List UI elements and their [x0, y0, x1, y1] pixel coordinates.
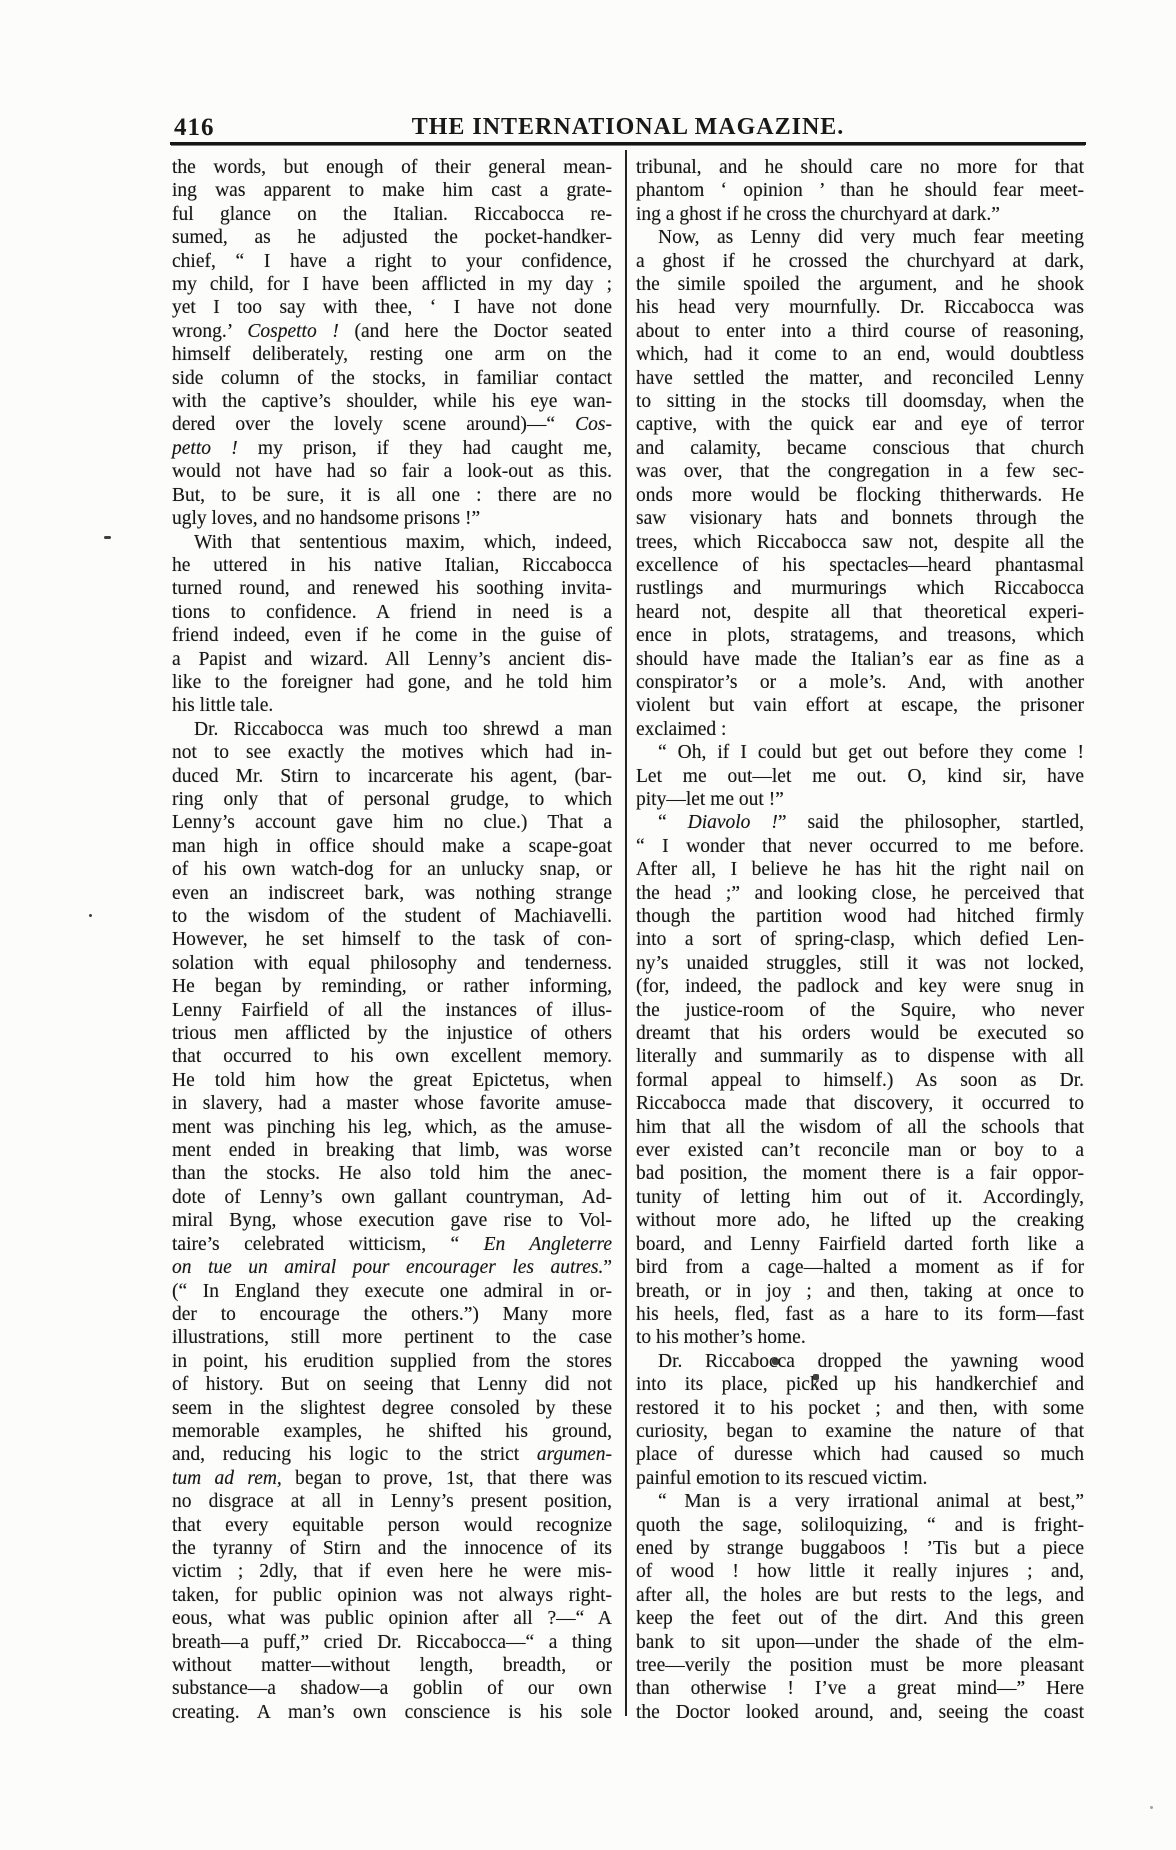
text-line: Dr. Riccabocca dropped the yawning wood	[636, 1350, 1084, 1373]
text-line: without matter—without length, breadth, …	[172, 1654, 612, 1677]
text-line: victim ; 2dly, that if even here he were…	[172, 1560, 612, 1583]
text-line: rustlings and murmurings which Riccabocc…	[636, 577, 1084, 600]
text-line: phantom ‘ opinion ’ than he should fear …	[636, 179, 1084, 202]
running-head: 416 THE INTERNATIONAL MAGAZINE.	[172, 112, 1084, 146]
text-line: duced Mr. Stirn to incarcerate his agent…	[172, 765, 612, 788]
text-line: to his mother’s home.	[636, 1326, 1084, 1349]
column-divider	[625, 150, 627, 1716]
text-line: (“ In England they execute one admiral i…	[172, 1280, 612, 1303]
text-line: in point, his erudition supplied from th…	[172, 1350, 612, 1373]
text-line: bird from a cage—halted a moment as if f…	[636, 1256, 1084, 1279]
text-line: the head ;” and looking close, he percei…	[636, 882, 1084, 905]
text-line: ment was pinching his leg, which, as the…	[172, 1116, 612, 1139]
text-line: of wood ! how little it really injures ;…	[636, 1560, 1084, 1583]
text-line: bad position, the moment there is a fair…	[636, 1162, 1084, 1185]
text-line: ring only that of personal grudge, to wh…	[172, 788, 612, 811]
text-line: even an indiscreet bark, was nothing str…	[172, 882, 612, 905]
text-line: heard not, despite all that theoretical …	[636, 601, 1084, 624]
text-line: With that sententious maxim, which, inde…	[172, 531, 612, 554]
text-line: to the wisdom of the student of Machiave…	[172, 905, 612, 928]
text-line: that every equitable person would recogn…	[172, 1514, 612, 1537]
text-line: conspirator’s or a mole’s. And, with ano…	[636, 671, 1084, 694]
text-line: dote of Lenny’s own gallant countryman, …	[172, 1186, 612, 1209]
text-line: keep the feet out of the dirt. And this …	[636, 1607, 1084, 1630]
text-line: yet I too say with thee, ‘ I have not do…	[172, 296, 612, 319]
text-line: would not have had so fair a look-out as…	[172, 460, 612, 483]
text-line: and calamity, became conscious that chur…	[636, 437, 1084, 460]
text-line: into its place, picked up his handkerchi…	[636, 1373, 1084, 1396]
text-line: (for, indeed, the padlock and key were s…	[636, 975, 1084, 998]
text-line: have settled the matter, and reconciled …	[636, 367, 1084, 390]
text-line: solation with equal philosophy and tende…	[172, 952, 612, 975]
text-line: of his own watch-dog for an unlucky snap…	[172, 858, 612, 881]
text-line: his head very mournfully. Dr. Riccabocca…	[636, 296, 1084, 319]
text-line: creating. A man’s own conscience is his …	[172, 1701, 612, 1724]
right-column: tribunal, and he should care no more for…	[636, 156, 1084, 1724]
text-line: though the partition wood had hitched fi…	[636, 905, 1084, 928]
text-line: tribunal, and he should care no more for…	[636, 156, 1084, 179]
text-line: substance—a shadow—a goblin of our own	[172, 1677, 612, 1700]
text-line: Dr. Riccabocca was much too shrewd a man	[172, 718, 612, 741]
text-line: after all, the holes are but rests to th…	[636, 1584, 1084, 1607]
text-line: bank to sit upon—under the shade of the …	[636, 1631, 1084, 1654]
text-line: and, reducing his logic to the strict ar…	[172, 1443, 612, 1466]
ink-speck	[1150, 1806, 1153, 1809]
text-line: wrong.’ Cospetto ! (and here the Doctor …	[172, 320, 612, 343]
text-line: Lenny Fairfield of all the instances of …	[172, 999, 612, 1022]
text-line: exclaimed :	[636, 718, 1084, 741]
text-line: of history. But on seeing that Lenny did…	[172, 1373, 612, 1396]
text-line: petto ! my prison, if they had caught me…	[172, 437, 612, 460]
text-line: breath, or in joy ; and then, taking at …	[636, 1280, 1084, 1303]
text-line: memorable examples, he shifted his groun…	[172, 1420, 612, 1443]
ink-speck	[89, 914, 92, 917]
text-line: was over, that the congregation in a few…	[636, 460, 1084, 483]
text-line: without more ado, he lifted up the creak…	[636, 1209, 1084, 1232]
text-line: ment ended in breaking that limb, was wo…	[172, 1139, 612, 1162]
text-line: himself deliberately, resting one arm on…	[172, 343, 612, 366]
text-line: the words, but enough of their general m…	[172, 156, 612, 179]
text-line: curiosity, began to examine the nature o…	[636, 1420, 1084, 1443]
text-line: Riccabocca made that discovery, it occur…	[636, 1092, 1084, 1115]
text-line: place of duresse which had caused so muc…	[636, 1443, 1084, 1466]
text-line: my child, for I have been afflicted in m…	[172, 273, 612, 296]
text-line: “ I wonder that never occurred to me bef…	[636, 835, 1084, 858]
text-line: restored it to his pocket ; and then, wi…	[636, 1397, 1084, 1420]
text-line: in slavery, had a master whose favorite …	[172, 1092, 612, 1115]
text-line: excellence of his spectacles—heard phant…	[636, 554, 1084, 577]
text-line: Let me out—let me out. O, kind sir, have	[636, 765, 1084, 788]
ink-speck	[813, 1374, 819, 1380]
text-line: man high in office should make a scape-g…	[172, 835, 612, 858]
text-line: ened by strange buggaboos ! ’Tis but a p…	[636, 1537, 1084, 1560]
text-line: literally and summarily as to dispense w…	[636, 1045, 1084, 1068]
text-line: illustrations, still more pertinent to t…	[172, 1326, 612, 1349]
text-line: which, had it come to an end, would doub…	[636, 343, 1084, 366]
text-line: chief, “ I have a right to your confiden…	[172, 250, 612, 273]
text-line: violent but vain effort at escape, the p…	[636, 694, 1084, 717]
text-line: on tue un amiral pour encourager les aut…	[172, 1256, 612, 1279]
text-line: about to enter into a third course of re…	[636, 320, 1084, 343]
text-line: tree—verily the position must be more pl…	[636, 1654, 1084, 1677]
text-line: the justice-room of the Squire, who neve…	[636, 999, 1084, 1022]
text-line: ence in plots, stratagems, and treasons,…	[636, 624, 1084, 647]
text-line: ful glance on the Italian. Riccabocca re…	[172, 203, 612, 226]
text-line: to sitting in the stocks till doomsday, …	[636, 390, 1084, 413]
text-line: dered over the lovely scene around)—“ Co…	[172, 413, 612, 436]
text-line: no disgrace at all in Lenny’s present po…	[172, 1490, 612, 1513]
text-line: seem in the slightest degree consoled by…	[172, 1397, 612, 1420]
text-line: like to the foreigner had gone, and he t…	[172, 671, 612, 694]
text-line: miral Byng, whose execution gave rise to…	[172, 1209, 612, 1232]
text-line: Lenny’s account gave him no clue.) That …	[172, 811, 612, 834]
text-line: formal appeal to himself.) As soon as Dr…	[636, 1069, 1084, 1092]
text-line: not to see exactly the motives which had…	[172, 741, 612, 764]
text-line: ing a ghost if he cross the churchyard a…	[636, 203, 1084, 226]
text-line: Now, as Lenny did very much fear meeting	[636, 226, 1084, 249]
magazine-page: 416 THE INTERNATIONAL MAGAZINE. the word…	[0, 0, 1176, 1850]
text-line: ing was apparent to make him cast a grat…	[172, 179, 612, 202]
text-line: trious men afflicted by the injustice of…	[172, 1022, 612, 1045]
text-line: his heels, fled, fast as a hare to its f…	[636, 1303, 1084, 1326]
text-line: trees, which Riccabocca saw not, despite…	[636, 531, 1084, 554]
text-line: ugly loves, and no handsome prisons !”	[172, 507, 612, 530]
ink-speck	[104, 536, 111, 539]
text-line: his little tale.	[172, 694, 612, 717]
text-line: the Doctor looked around, and, seeing th…	[636, 1701, 1084, 1724]
text-line: He told him how the great Epictetus, whe…	[172, 1069, 612, 1092]
text-line: tum ad rem, began to prove, 1st, that th…	[172, 1467, 612, 1490]
text-line: with the captive’s shoulder, while his e…	[172, 390, 612, 413]
text-line: However, he set himself to the task of c…	[172, 928, 612, 951]
text-line: dreamt that his orders would be executed…	[636, 1022, 1084, 1045]
text-line: ever existed can’t reconcile man or boy …	[636, 1139, 1084, 1162]
text-line: that occurred to his own excellent memor…	[172, 1045, 612, 1068]
text-line: “ Diavolo !” said the philosopher, start…	[636, 811, 1084, 834]
text-line: onds more would be flocking thitherwards…	[636, 484, 1084, 507]
text-line: taire’s celebrated witticism, “ En Angle…	[172, 1233, 612, 1256]
magazine-title: THE INTERNATIONAL MAGAZINE.	[172, 114, 1084, 141]
text-line: should have made the Italian’s ear as fi…	[636, 648, 1084, 671]
text-line: But, to be sure, it is all one : there a…	[172, 484, 612, 507]
ink-speck	[772, 1358, 780, 1365]
text-line: der to encourage the others.”) Many more	[172, 1303, 612, 1326]
text-line: the simile spoiled the argument, and he …	[636, 273, 1084, 296]
text-line: “ Man is a very irrational animal at bes…	[636, 1490, 1084, 1513]
text-line: eous, what was public opinion after all …	[172, 1607, 612, 1630]
text-line: a ghost if he crossed the churchyard at …	[636, 250, 1084, 273]
text-line: tunity of letting him out of it. Accordi…	[636, 1186, 1084, 1209]
text-line: him that all the wisdom of all the schoo…	[636, 1116, 1084, 1139]
text-line: breath—a puff,” cried Dr. Riccabocca—“ a…	[172, 1631, 612, 1654]
text-line: quoth the sage, soliloquizing, “ and is …	[636, 1514, 1084, 1537]
text-line: ny’s unaided struggles, still it was not…	[636, 952, 1084, 975]
text-line: turned round, and renewed his soothing i…	[172, 577, 612, 600]
text-line: than the stocks. He also told him the an…	[172, 1162, 612, 1185]
text-line: board, and Lenny Fairfield darted forth …	[636, 1233, 1084, 1256]
text-line: He began by reminding, or rather informi…	[172, 975, 612, 998]
text-line: taken, for public opinion was not always…	[172, 1584, 612, 1607]
text-line: pity—let me out !”	[636, 788, 1084, 811]
text-line: sumed, as he adjusted the pocket-handker…	[172, 226, 612, 249]
text-line: friend indeed, even if he come in the gu…	[172, 624, 612, 647]
text-line: painful emotion to its rescued victim.	[636, 1467, 1084, 1490]
text-line: he uttered in his native Italian, Riccab…	[172, 554, 612, 577]
text-line: side column of the stocks, in familiar c…	[172, 367, 612, 390]
text-line: captive, with the quick ear and eye of t…	[636, 413, 1084, 436]
text-line: “ Oh, if I could but get out before they…	[636, 741, 1084, 764]
text-line: tions to confidence. A friend in need is…	[172, 601, 612, 624]
left-column: the words, but enough of their general m…	[172, 156, 612, 1724]
header-rule	[170, 142, 1086, 145]
text-line: saw visionary hats and bonnets through t…	[636, 507, 1084, 530]
text-line: After all, I believe he has hit the righ…	[636, 858, 1084, 881]
text-line: than otherwise ! I’ve a great mind—” Her…	[636, 1677, 1084, 1700]
text-line: the tyranny of Stirn and the innocence o…	[172, 1537, 612, 1560]
text-line: a Papist and wizard. All Lenny’s ancient…	[172, 648, 612, 671]
text-line: into a sort of spring-clasp, which defie…	[636, 928, 1084, 951]
